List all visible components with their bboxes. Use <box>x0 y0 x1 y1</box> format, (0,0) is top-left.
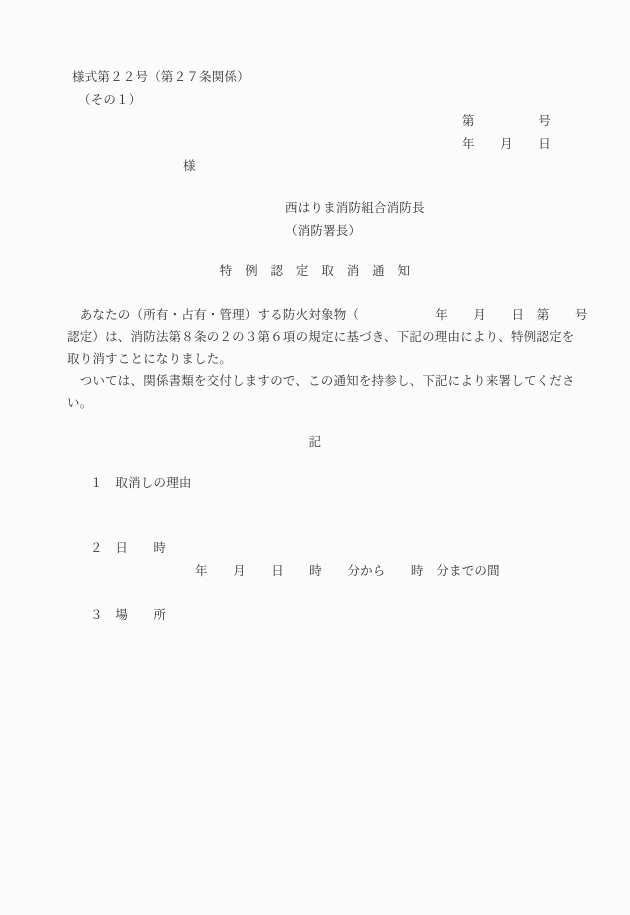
body-paragraph2-line2: い。 <box>67 394 92 412</box>
document-page: 様式第２２号（第２７条関係） （その１） 第 号 年 月 日 様 西はりま消防組… <box>0 0 630 915</box>
body-paragraph1-line3: 取り消すことになりました。 <box>67 350 232 368</box>
doc-number-line: 第 号 <box>462 112 551 130</box>
item-3-place: ３ 場 所 <box>90 606 166 624</box>
body-paragraph1-line2: 認定）は、消防法第８条の２の３第６項の規定に基づき、下記の理由により、特例認定を <box>67 328 575 346</box>
item-2-date-time-detail: 年 月 日 時 分から 時 分までの間 <box>195 562 500 580</box>
body-paragraph1-line1: あなたの（所有・占有・管理）する防火対象物（ 年 月 日 第 号 <box>67 306 588 324</box>
body-paragraph2-line1: ついては、関係書類を交付しますので、この通知を持参し、下記により来署してくださ <box>67 372 575 390</box>
ki-separator: 記 <box>0 433 630 451</box>
addressee-suffix: 様 <box>183 157 196 175</box>
sender-subtitle: （消防署長） <box>285 222 361 240</box>
form-number: 様式第２２号（第２７条関係） <box>72 68 250 86</box>
item-1-cancellation-reason: １ 取消しの理由 <box>90 474 192 492</box>
sender-name: 西はりま消防組合消防長 <box>285 199 425 217</box>
date-line: 年 月 日 <box>462 135 551 153</box>
form-note: （その１） <box>78 91 142 109</box>
document-title: 特 例 認 定 取 消 通 知 <box>0 262 630 280</box>
item-2-date-time: ２ 日 時 <box>90 539 166 557</box>
